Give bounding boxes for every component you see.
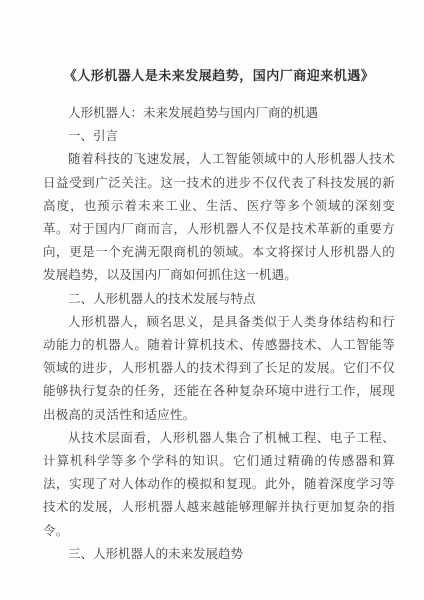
document-title: 《人形机器人是未来发展趋势，国内厂商迎来机遇》 (43, 64, 395, 87)
section-heading-introduction: 一、引言 (43, 125, 395, 148)
paragraph-introduction: 随着科技的飞速发展，人工智能领域中的人形机器人技术日益受到广泛关注。这一技术的进… (43, 148, 395, 287)
section-heading-technology: 二、人形机器人的技术发展与特点 (43, 288, 395, 311)
section-heading-future-trends: 三、人形机器人的未来发展趋势 (43, 543, 395, 566)
document-subtitle: 人形机器人：未来发展趋势与国内厂商的机遇 (43, 102, 395, 125)
document-page: 《人形机器人是未来发展趋势，国内厂商迎来机遇》 人形机器人：未来发展趋势与国内厂… (0, 0, 424, 600)
paragraph-technology-1: 人形机器人，顾名思义，是具备类似于人类身体结构和行动能力的机器人。随着计算机技术… (43, 311, 395, 427)
paragraph-technology-2: 从技术层面看，人形机器人集合了机械工程、电子工程、计算机科学等多个学科的知识。它… (43, 427, 395, 543)
